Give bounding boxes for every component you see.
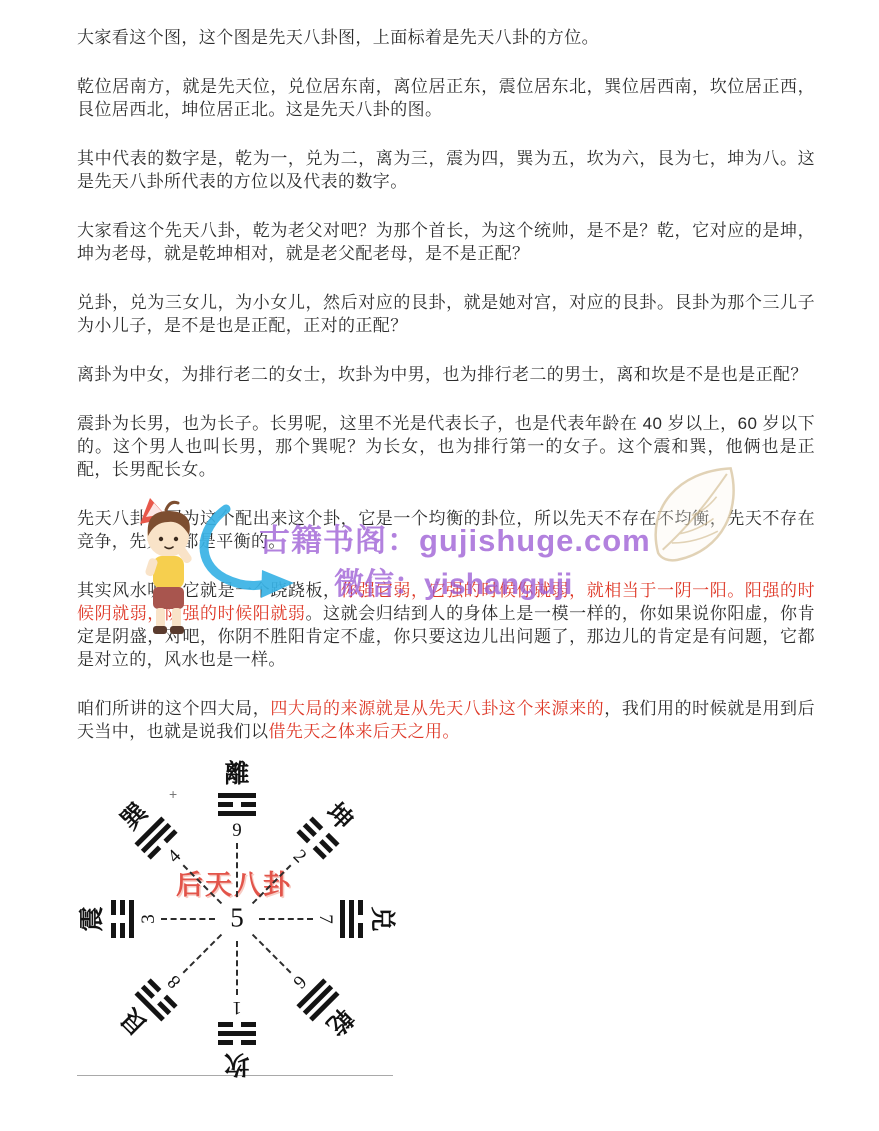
body-text: 乾位居南方，就是先天位，兑位居东南，离位居正东，震位居东北，巽位居西南，坎位居正… — [77, 77, 815, 119]
paragraph-1: 大家看这个图，这个图是先天八卦图，上面标着是先天八卦的方位。 — [77, 26, 815, 49]
stray-plus-mark: + — [169, 787, 177, 801]
emphasis-red-text: 四大局的来源就是从先天八卦这个来源来的 — [270, 699, 604, 718]
trigram-number-xun: 4 — [164, 846, 184, 866]
dashed-ray-bottom — [236, 941, 238, 995]
trigram-number-dui: 7 — [316, 914, 335, 924]
paragraph-5: 兑卦，兑为三女儿，为小女儿，然后对应的艮卦，就是她对宫，对应的艮卦。艮卦为那个三… — [77, 291, 815, 337]
emphasis-red-text: 借先天之体来后天之用。 — [268, 722, 459, 741]
trigram-character-dui: 兑 — [369, 906, 394, 931]
bagua-arm-zhen: 震3 — [80, 896, 158, 942]
body-text: 大家看这个图，这个图是先天八卦图，上面标着是先天八卦的方位。 — [77, 28, 599, 47]
trigram-symbol-dui — [341, 900, 364, 938]
watermark-site-text: 古籍书阁：gujishuge.com — [259, 515, 651, 560]
bagua-arm-dui: 兑7 — [316, 896, 394, 942]
body-text: 咱们所讲的这个四大局， — [77, 699, 270, 718]
trigram-symbol-kan — [218, 1023, 256, 1046]
trigram-number-qian: 6 — [290, 972, 310, 992]
body-text: 大家看这个先天八卦，乾为老父对吧？为那个首长，为这个统帅，是不是？乾，它对应的是… — [77, 221, 815, 263]
bagua-diagram: 后天八卦 5 + 離9坤2兑7乾6坎1艮8震3巽4 — [47, 769, 427, 1069]
trigram-character-li: 離 — [224, 762, 249, 787]
watermark-wechat-text: 微信：yishanguji — [334, 559, 572, 603]
paragraph-4: 大家看这个先天八卦，乾为老父对吧？为那个首长，为这个统帅，是不是？乾，它对应的是… — [77, 219, 815, 265]
trigram-number-gen: 8 — [164, 972, 184, 992]
trigram-character-zhen: 震 — [80, 907, 105, 932]
trigram-number-li: 9 — [232, 821, 242, 840]
dashed-ray-bottom-left — [183, 934, 223, 974]
bagua-arm-kan: 坎1 — [214, 998, 260, 1076]
body-text: 兑卦，兑为三女儿，为小女儿，然后对应的艮卦，就是她对宫，对应的艮卦。艮卦为那个三… — [77, 293, 815, 335]
trigram-number-kan: 1 — [232, 998, 242, 1017]
trigram-symbol-li — [218, 793, 256, 816]
trigram-symbol-zhen — [111, 900, 134, 938]
document-page: { "page": { "background": "#ffffff", "te… — [0, 0, 879, 1131]
trigram-character-kan: 坎 — [225, 1051, 250, 1076]
body-text: 离卦为中女，为排行老二的女士，坎卦为中男，也为排行老二的男士，离和坎是不是也是正… — [77, 365, 808, 384]
dashed-ray-bottom-right — [252, 934, 292, 974]
dashed-ray-top — [236, 843, 238, 897]
trigram-number-kun: 2 — [290, 846, 310, 866]
dashed-ray-left — [161, 918, 215, 920]
paragraph-10: 咱们所讲的这个四大局，四大局的来源就是从先天八卦这个来源来的，我们用的时候就是用… — [77, 697, 815, 743]
body-text: 其中代表的数字是，乾为一，兑为二，离为三，震为四，巽为五，坎为六，艮为七，坤为八… — [77, 149, 815, 191]
dashed-ray-right — [259, 918, 313, 920]
bagua-arm-li: 離9 — [214, 762, 260, 840]
paragraph-3: 其中代表的数字是，乾为一，兑为二，离为三，震为四，巽为五，坎为六，艮为七，坤为八… — [77, 147, 815, 193]
trigram-character-qian: 乾 — [321, 1003, 356, 1038]
trigram-number-zhen: 3 — [139, 914, 158, 924]
paragraph-2: 乾位居南方，就是先天位，兑位居东南，离位居正东，震位居东北，巽位居西南，坎位居正… — [77, 75, 815, 121]
bagua-center-number: 5 — [230, 902, 244, 933]
leaf-decoration — [642, 458, 750, 570]
paragraph-6: 离卦为中女，为排行老二的女士，坎卦为中男，也为排行老二的男士，离和坎是不是也是正… — [77, 363, 815, 386]
